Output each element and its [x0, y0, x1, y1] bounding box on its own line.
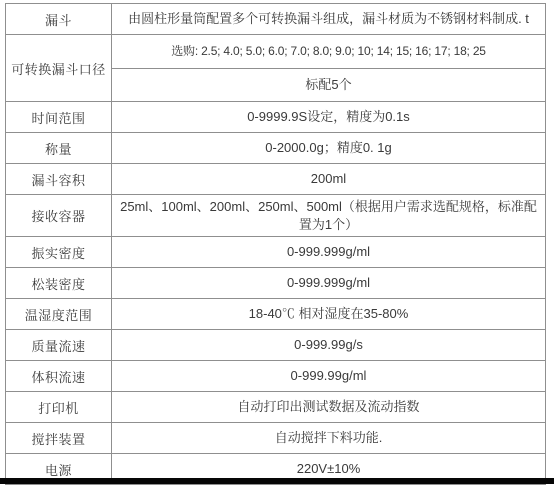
spec-value: 200ml — [112, 164, 546, 195]
spec-label: 体积流速 — [6, 361, 112, 392]
bottom-black-bar — [0, 478, 554, 484]
table-row: 体积流速0-999.99g/ml — [6, 361, 546, 392]
spec-value: 18-40℃ 相对湿度在35-80% — [112, 299, 546, 330]
table-row: 质量流速0-999.99g/s — [6, 330, 546, 361]
spec-value: 自动搅拌下料功能. — [112, 423, 546, 454]
spec-value: 25ml、100ml、200ml、250ml、500ml（根据用户需求选配规格，… — [112, 195, 546, 237]
spec-sub-value: 标配5个 — [112, 68, 545, 101]
spec-value: 0-999.99g/ml — [112, 361, 546, 392]
spec-label: 漏斗容积 — [6, 164, 112, 195]
table-row: 打印机自动打印出测试数据及流动指数 — [6, 392, 546, 423]
spec-label: 搅拌装置 — [6, 423, 112, 454]
table-row: 振实密度0-999.999g/ml — [6, 237, 546, 268]
spec-table-body: 漏斗由圆柱形量筒配置多个可转换漏斗组成，漏斗材质为不锈钢材料制成. t可转换漏斗… — [6, 4, 546, 485]
spec-value: 0-999.999g/ml — [112, 268, 546, 299]
spec-value: 选购: 2.5; 4.0; 5.0; 6.0; 7.0; 8.0; 9.0; 1… — [112, 35, 546, 102]
spec-label: 打印机 — [6, 392, 112, 423]
table-row: 称量0-2000.0g；精度0. 1g — [6, 133, 546, 164]
table-row: 漏斗容积200ml — [6, 164, 546, 195]
spec-label: 温湿度范围 — [6, 299, 112, 330]
spec-value: 0-9999.9S设定，精度为0.1s — [112, 102, 546, 133]
spec-label: 质量流速 — [6, 330, 112, 361]
spec-label: 可转换漏斗口径 — [6, 35, 112, 102]
table-row: 接收容器25ml、100ml、200ml、250ml、500ml（根据用户需求选… — [6, 195, 546, 237]
spec-label: 松装密度 — [6, 268, 112, 299]
spec-label: 接收容器 — [6, 195, 112, 237]
spec-value: 0-2000.0g；精度0. 1g — [112, 133, 546, 164]
spec-value: 0-999.999g/ml — [112, 237, 546, 268]
spec-label: 漏斗 — [6, 4, 112, 35]
table-row: 时间范围0-9999.9S设定，精度为0.1s — [6, 102, 546, 133]
table-row: 松装密度0-999.999g/ml — [6, 268, 546, 299]
spec-value: 由圆柱形量筒配置多个可转换漏斗组成，漏斗材质为不锈钢材料制成. t — [112, 4, 546, 35]
table-row: 可转换漏斗口径选购: 2.5; 4.0; 5.0; 6.0; 7.0; 8.0;… — [6, 35, 546, 102]
spec-table: 漏斗由圆柱形量筒配置多个可转换漏斗组成，漏斗材质为不锈钢材料制成. t可转换漏斗… — [5, 3, 546, 485]
table-row: 温湿度范围18-40℃ 相对湿度在35-80% — [6, 299, 546, 330]
table-row: 搅拌装置自动搅拌下料功能. — [6, 423, 546, 454]
spec-label: 称量 — [6, 133, 112, 164]
spec-sub-value: 选购: 2.5; 4.0; 5.0; 6.0; 7.0; 8.0; 9.0; 1… — [112, 35, 545, 68]
spec-value: 自动打印出测试数据及流动指数 — [112, 392, 546, 423]
spec-label: 振实密度 — [6, 237, 112, 268]
table-row: 漏斗由圆柱形量筒配置多个可转换漏斗组成，漏斗材质为不锈钢材料制成. t — [6, 4, 546, 35]
spec-value: 0-999.99g/s — [112, 330, 546, 361]
spec-label: 时间范围 — [6, 102, 112, 133]
